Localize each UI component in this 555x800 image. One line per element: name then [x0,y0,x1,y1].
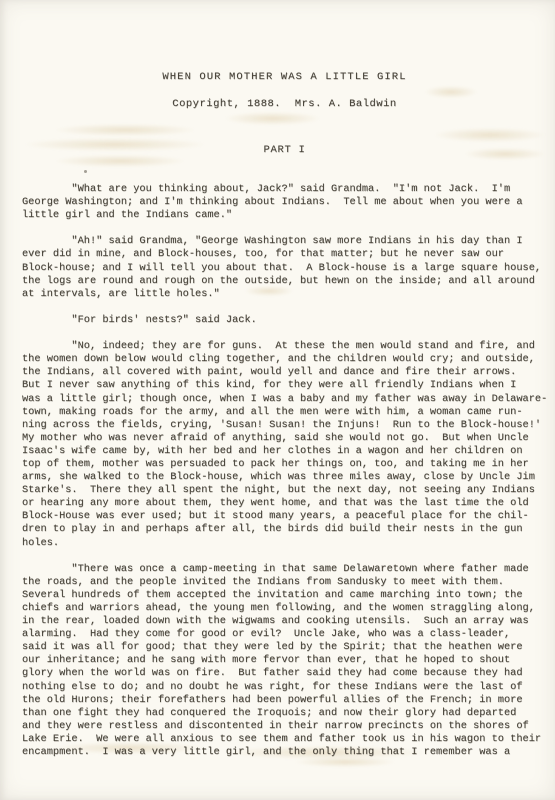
paragraph-3: "For birds' nests?" said Jack. [22,314,547,327]
part-heading: PART I [22,144,547,157]
typewritten-document: WHEN OUR MOTHER WAS A LITTLE GIRL Copyri… [22,71,547,772]
document-title: WHEN OUR MOTHER WAS A LITTLE GIRL [22,71,547,84]
paragraph-4: "No, indeed; they are for guns. At these… [22,340,547,550]
scanned-page: WHEN OUR MOTHER WAS A LITTLE GIRL Copyri… [0,0,555,800]
paragraph-5: "There was once a camp-meeting in that s… [22,563,547,759]
copyright-line: Copyright, 1888. Mrs. A. Baldwin [22,98,547,111]
paragraph-2: "Ah!" said Grandma, "George Washington s… [22,235,547,300]
paragraph-1: "What are you thinking about, Jack?" sai… [22,183,547,222]
